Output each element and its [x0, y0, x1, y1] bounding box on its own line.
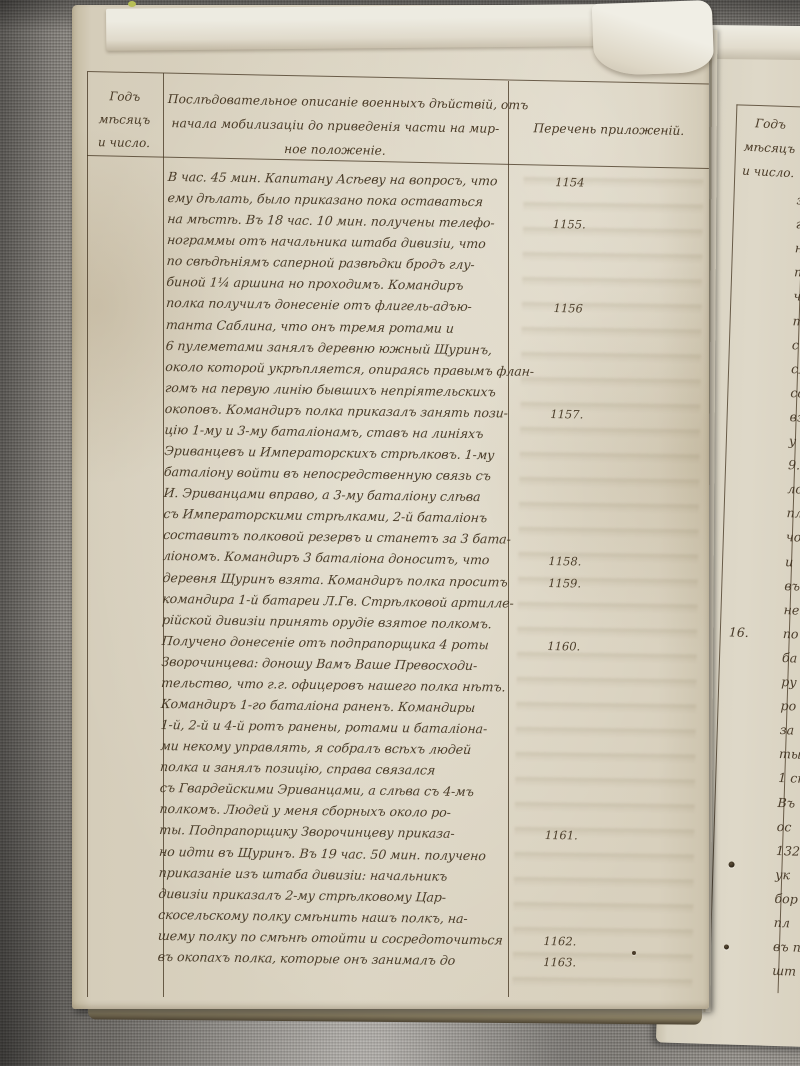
edge-text-fragment: вз [789, 409, 800, 424]
table-left-border [87, 72, 88, 997]
edge-text-fragment: ты [779, 746, 800, 762]
appendix-ref-number: 1156 [532, 301, 604, 316]
manuscript-line: въ окопахъ полка, которые онъ занималъ д… [158, 949, 456, 973]
right-page-date-entry: 16. [721, 624, 757, 640]
edge-text-fragment: сл [791, 361, 800, 376]
appendix-ref-number: 1155. [533, 217, 605, 232]
edge-text-fragment: ро [780, 698, 796, 713]
edge-text-fragment: н [795, 240, 800, 255]
manuscript-line: танта Саблина, что онъ тремя ротами и [166, 317, 454, 341]
edge-text-fragment: въ [784, 578, 800, 593]
edge-text-fragment: за [780, 722, 795, 737]
edge-text-fragment: ло [787, 481, 800, 496]
edge-text-fragment: ос [777, 819, 792, 834]
appendix-ref-number: 1158. [529, 554, 601, 569]
header-text-line: Годъ [92, 85, 158, 109]
manuscript-line: но идти въ Щуринъ. Въ 19 час. 50 мин. по… [159, 843, 486, 867]
manuscript-line: Зворочинцева: доношу Вамъ Ваше Превосход… [161, 654, 477, 678]
edge-text-fragment: т [794, 265, 800, 280]
appendix-ref-number: 1157. [531, 407, 603, 422]
edge-text-fragment: бор [774, 891, 798, 907]
manuscript-line: Командиръ 1-го баталіона раненъ. Команди… [161, 696, 475, 720]
description-column-header: Послѣдовательное описаніе военныхъ дѣйст… [167, 87, 504, 165]
edge-text-fragment: сь [792, 337, 800, 352]
manuscript-line: полка и занялъ позицію, справа связался [160, 759, 435, 783]
appendix-ref-number: 1163. [524, 955, 596, 970]
paper-speck [632, 951, 636, 955]
edge-text-fragment: 9. [788, 457, 800, 472]
edge-text-fragment: шт [772, 963, 796, 979]
edge-text-fragment: г [795, 216, 800, 231]
right-table-top-border [736, 104, 800, 108]
header-text-line: и число. [91, 131, 157, 155]
date-column-header: Годъмѣсяцъи число. [91, 85, 158, 155]
worm-hole [728, 861, 734, 867]
appendix-ref-number: 1160. [528, 639, 600, 654]
appendix-column-header: Перечень приложеній. [518, 121, 700, 138]
manuscript-text: В час. 45 мин. Капитану Асѣеву на вопрос… [158, 169, 688, 976]
manuscript-line: ему дѣлать, было приказано пока оставать… [167, 190, 483, 214]
edge-text-fragment: ру [781, 674, 797, 689]
appendix-ref-number: 1162. [524, 934, 596, 949]
manuscript-line: цію 1-му и 3-му баталіонамъ, ставъ на ли… [164, 422, 483, 446]
edge-text-fragment: не [783, 602, 799, 617]
manuscript-line: ліономъ. Командиръ 3 баталіона доноситъ,… [163, 548, 490, 572]
appendix-ref-number: 1154 [534, 175, 606, 190]
appendix-ref-number: 1159. [529, 575, 601, 590]
edge-text-fragment: ук [775, 867, 790, 882]
manuscript-line: приказаніе изъ штаба дивизіи: начальникъ [159, 865, 448, 889]
edge-text-fragment: въ п [773, 939, 800, 955]
manuscript-line: гомъ на первую линію бывшихъ непріятельс… [165, 380, 496, 404]
manuscript-line: рійской дивизіи принять орудіе взятое по… [162, 612, 492, 636]
manuscript-line: 6 пулеметами занялъ деревню южный Щуринъ… [166, 338, 493, 362]
edge-text-fragment: пл [786, 505, 800, 520]
edge-text-fragment: Въ [777, 794, 795, 810]
edge-text-fragment: 1 ст [778, 770, 800, 786]
manuscript-line: скосельскому полку смѣнить нашъ полкъ, н… [158, 907, 468, 931]
edge-text-fragment: т [792, 313, 800, 328]
edge-text-fragment: чо [786, 529, 800, 544]
header-text-line: мѣсяцъ [91, 108, 157, 132]
header-text-line: Годъ [738, 110, 800, 137]
edge-text-fragment: пл [774, 915, 791, 930]
edge-text-fragment: ба [782, 650, 798, 665]
edge-text-fragment: 132 [776, 843, 800, 859]
manuscript-line: Получено донесеніе отъ подпрапорщика 4 р… [162, 633, 489, 657]
right-date-column-header: Годъмѣсяцъи число. [736, 110, 800, 185]
left-page: Годъмѣсяцъи число. Послѣдовательное опис… [72, 5, 709, 1009]
edge-text-fragment: у [789, 433, 797, 448]
header-text-line: и число. [736, 158, 800, 185]
header-text-line: мѣсяцъ [737, 134, 800, 161]
manuscript-line: полка получилъ донесеніе отъ флигель-адъ… [166, 295, 472, 319]
manuscript-line: ты. Подпрапорщику Зворочинцеву приказа- [159, 822, 455, 846]
debris-speck [128, 1, 136, 7]
edge-text-fragment: по [783, 626, 799, 641]
edge-text-fragment: со [790, 385, 800, 400]
table-top-border [87, 71, 709, 84]
manuscript-line: дивизіи приказалъ 2-му стрѣлковому Цар- [158, 886, 446, 910]
appendix-ref-number: 1161. [525, 828, 597, 843]
edge-text-fragment: з [796, 192, 800, 207]
edge-text-fragment: ч [793, 289, 800, 304]
worm-hole [724, 944, 729, 949]
left-page-corner-curl [592, 0, 714, 76]
edge-text-fragment: и [785, 554, 794, 569]
